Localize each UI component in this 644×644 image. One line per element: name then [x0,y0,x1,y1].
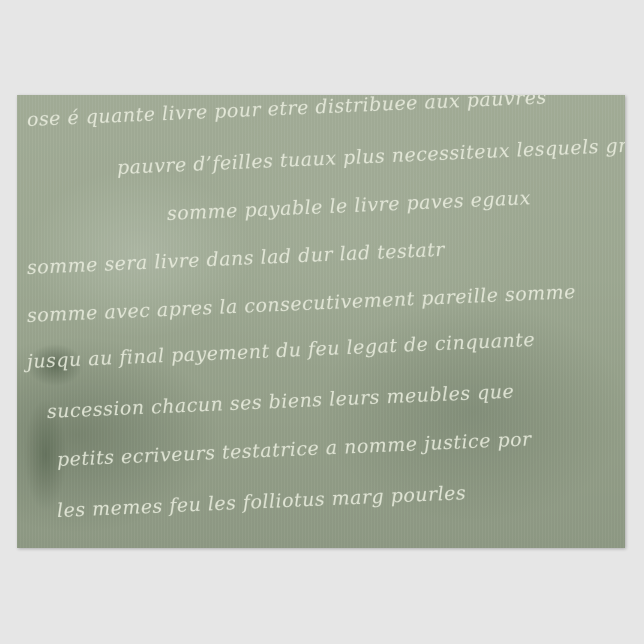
handwritten-paper-panel: ose é quante livre pour etre distribuee … [17,95,625,548]
script-line: ose é quante livre pour etre distribuee … [27,95,548,131]
script-line: les memes feu les folliotus marg pourles [57,482,467,522]
script-line: pauvre d’feilles tuaux plus necessiteux … [117,134,625,179]
script-line: sucession chacun ses biens leurs meubles… [47,381,515,423]
script-line: petits ecriveurs testatrice a nomme just… [57,428,533,471]
script-line: somme payable le livre paves egaux [167,187,532,225]
